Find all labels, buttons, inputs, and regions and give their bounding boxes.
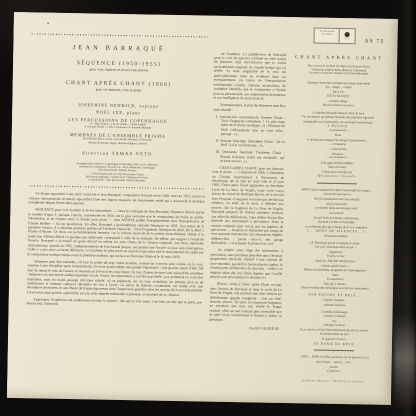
middle-column: de l'auditeur. La prédilection de Barraq…: [208, 26, 287, 395]
label-stamp: domaine musical de chambres coll. a.: [313, 27, 355, 44]
stamp-text-line2: de chambres: [316, 33, 338, 36]
record-dot-icon: [345, 32, 350, 37]
vinyl-edge-glint: [394, 314, 416, 410]
plan-item: III. Deuxième Interlude. Troisième Chant…: [212, 150, 284, 165]
right-column: domaine musical de chambres coll. a. AS …: [287, 27, 386, 397]
stamp-text: domaine musical de chambres: [314, 29, 340, 43]
author-signature: André HODEIR: [209, 326, 281, 332]
poem-line: C'était toi: [287, 368, 379, 374]
poem-line: [314, 350, 354, 352]
liner-paragraph: SÉQUENCE pour voix, batterie et divers i…: [28, 207, 205, 259]
liner-paragraph: de l'auditeur. La prédilection de Barraq…: [213, 51, 286, 101]
print-star-mark: *: [47, 23, 208, 32]
libretto-title: CHANT APRÈS CHANT: [293, 54, 385, 61]
title-block: JEAN BARRAQUÉ SÉQUENCE (1950-1955) pour …: [29, 43, 207, 157]
liner-notes-middle: de l'auditeur. La prédilection de Barraq…: [209, 51, 286, 331]
liner-paragraph: CHANT APRÈS CHANT, pour six batteurs, vo…: [211, 165, 284, 246]
poem-line: [317, 183, 357, 185]
poem-line: Résonance féconde: [291, 173, 383, 179]
dotted-separator: [29, 185, 205, 190]
liner-paragraph: Ce disque appartient à une série consacr…: [28, 191, 204, 208]
record-sleeve-back: * JEAN BARRAQUÉ SÉQUENCE (1950-1955) pou…: [7, 12, 398, 405]
stamp-emblem: coll. a.: [340, 29, 355, 43]
plan-item: I. Introduction instrumentale. Premier C…: [213, 114, 285, 138]
conductor-credit: direction TAMAS VETO: [29, 149, 205, 157]
catalog-number: AS 75: [364, 38, 384, 44]
libretto-source-note: Texte extrait de La Mort de Virgile de H…: [293, 64, 385, 76]
liner-notes-left: Ce disque appartient à une série consacr…: [27, 191, 205, 309]
dotted-separator: [32, 32, 208, 37]
sleeve-content: * JEAN BARRAQUÉ SÉQUENCE (1950-1955) pou…: [7, 12, 398, 405]
printer-imprint: MADE IN FRANCE · PRINTED IN FRANCE: [287, 379, 379, 384]
poem-line: LE DOME DU RÊVE: [288, 341, 380, 347]
liner-paragraph: Un emploi aussi large des instruments à …: [210, 248, 283, 280]
left-column: * JEAN BARRAQUÉ SÉQUENCE (1950-1955) pou…: [25, 22, 208, 393]
libretto-poem: Quelque chant était presque une image ma…: [287, 80, 384, 374]
production-credits: Enregistrement effectué à Copenhague en …: [29, 161, 205, 184]
plan-item: II. Premier Interlude. Deuxième Chant : …: [213, 139, 285, 149]
liner-paragraph: Séquence peut être entendue, s'il faut e…: [27, 259, 204, 298]
label-stamp-row: domaine musical de chambres coll. a. AS …: [293, 27, 385, 45]
composer-name: JEAN BARRAQUÉ: [31, 43, 207, 53]
liner-paragraph: Sommairement, le plan de Séquence peut ê…: [213, 103, 285, 113]
album-back-cover-photo: * JEAN BARRAQUÉ SÉQUENCE (1950-1955) pou…: [0, 0, 416, 416]
source-line: Le texte en caractère italique est de Je…: [293, 71, 385, 76]
liner-paragraph: Cependant, l'expérience de nombreuses éc…: [27, 297, 203, 309]
liner-paragraph: (Bravo, certes.) Chant après Chant occup…: [209, 282, 282, 323]
stamp-dot-caption: coll. a.: [345, 38, 350, 40]
